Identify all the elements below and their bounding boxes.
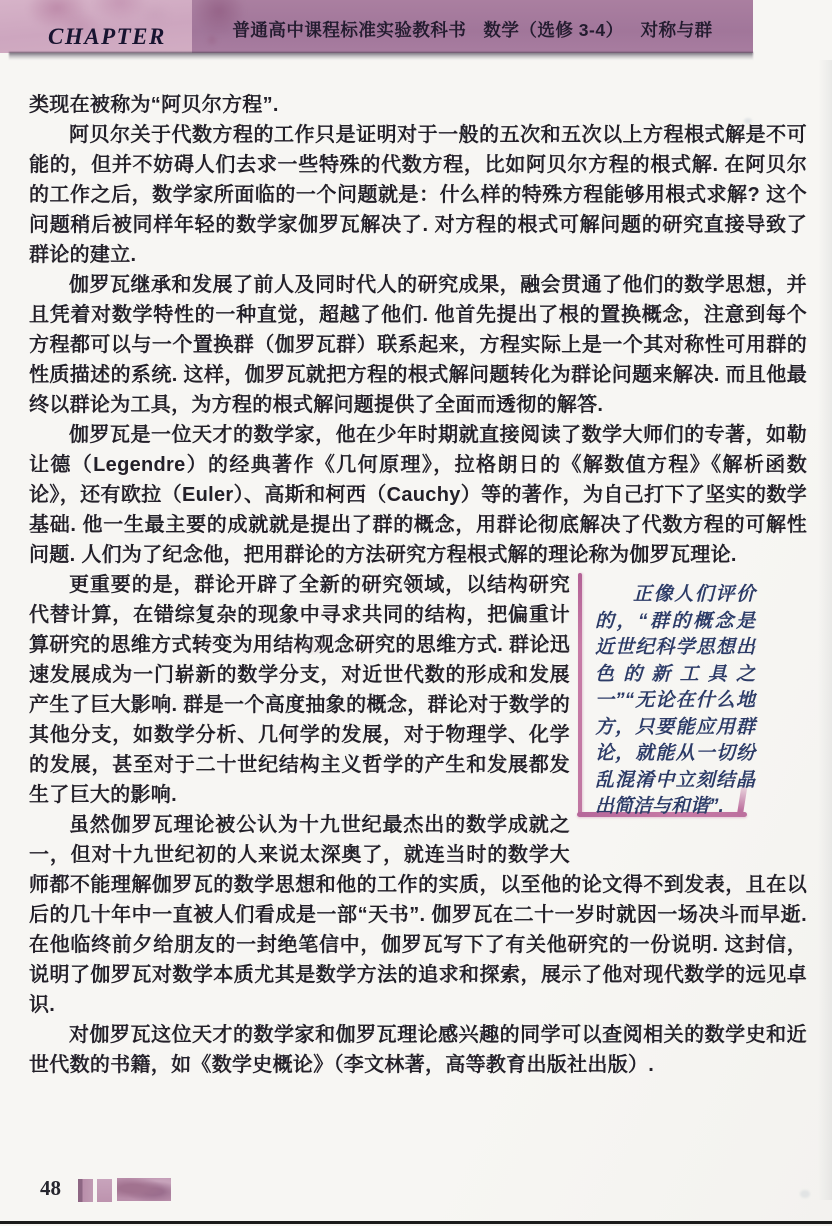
body-paragraph: 伽罗瓦继承和发展了前人及同时代人的研究成果，融会贯通了他们的数学思想，并且凭着对… [29,270,807,420]
chapter-label: CHAPTER [48,24,166,50]
body-text-block: 类现在被称为“阿贝尔方程”. 阿贝尔关于代数方程的工作只是证明对于一般的五次和五… [29,90,807,1080]
header-band: 普通高中课程标准实验教科书 数学（选修 3-4） 对称与群 CHAPTER [0,0,753,53]
footer-decoration-block [0,1178,27,1201]
body-paragraph: 类现在被称为“阿贝尔方程”. [29,90,807,120]
body-paragraph: 阿贝尔关于代数方程的工作只是证明对于一般的五次和五次以上方程根式解是不可能的，但… [29,120,807,270]
scan-speck [300,640,326,654]
scan-speck [800,1190,810,1198]
header-band-dark-section: 普通高中课程标准实验教科书 数学（选修 3-4） 对称与群 [192,0,753,53]
decorative-blob [206,34,218,46]
series-title: 对称与群 [641,17,713,42]
margin-note-text: 正像人们评价的，“群的概念是近世纪科学思想出色的新工具之一”“无论在什么地方，只… [595,582,755,821]
margin-note: 正像人们评价的，“群的概念是近世纪科学思想出色的新工具之一”“无论在什么地方，只… [570,570,807,866]
footer-decoration-block [78,1179,93,1202]
scan-smudge [818,60,832,1200]
body-paragraph: 对伽罗瓦这位天才的数学家和伽罗瓦理论感兴趣的同学可以查阅相关的数学史和近世代数的… [29,1020,807,1080]
page-number: 48 [40,1176,61,1201]
subject-title: 数学（选修 3-4） [483,17,623,42]
running-head: 普通高中课程标准实验教科书 数学（选修 3-4） 对称与群 [232,17,712,42]
book-title: 普通高中课程标准实验教科书 [232,17,466,42]
header-band-shadow [9,52,753,60]
scan-speck [744,118,752,124]
textbook-page: 普通高中课程标准实验教科书 数学（选修 3-4） 对称与群 CHAPTER 类现… [0,0,832,1226]
footer-decoration-block [97,1179,112,1202]
margin-note-left-border [578,573,582,815]
page-bottom-rule [0,1221,832,1224]
footer-decoration-block [117,1178,171,1201]
body-paragraph: 伽罗瓦是一位天才的数学家，他在少年时期就直接阅读了数学大师们的专著，如勒让德（L… [29,420,807,570]
